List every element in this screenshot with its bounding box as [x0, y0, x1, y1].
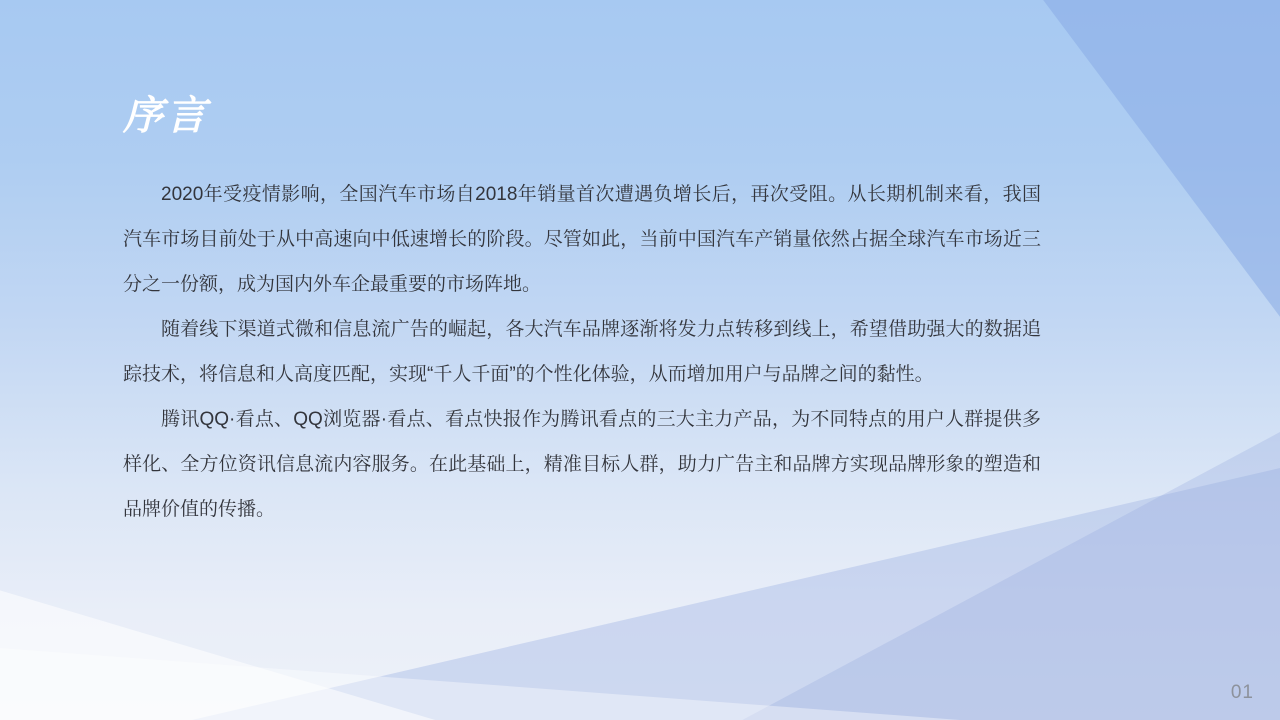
- paragraph-online-advertising: 随着线下渠道式微和信息流广告的崛起，各大汽车品牌逐渐将发力点转移到线上，希望借助…: [123, 307, 1041, 397]
- slide-title: 序言: [123, 92, 209, 140]
- slide-body: 2020年受疫情影响，全国汽车市场自2018年销量首次遭遇负增长后，再次受阻。从…: [123, 172, 1041, 532]
- paragraph-tencent-kandian: 腾讯QQ·看点、QQ浏览器·看点、看点快报作为腾讯看点的三大主力产品，为不同特点…: [123, 397, 1041, 532]
- paragraph-market-overview: 2020年受疫情影响，全国汽车市场自2018年销量首次遭遇负增长后，再次受阻。从…: [123, 172, 1041, 307]
- page-number: 01: [1231, 682, 1254, 704]
- presentation-slide: 序言 2020年受疫情影响，全国汽车市场自2018年销量首次遭遇负增长后，再次受…: [0, 0, 1280, 720]
